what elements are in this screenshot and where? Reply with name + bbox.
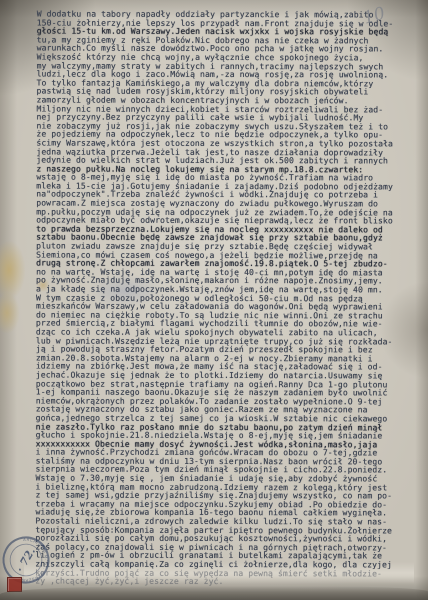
typewritten-text-block: W dodatku na tabory napadły oddziały par… [35,9,425,590]
stamp-handwritten-number: · 72. [14,545,38,574]
text-line: ży ,chcącej żyć,żyć,i jeszcze raz żyć. [35,577,423,587]
yellow-stain [0,240,26,300]
scanned-document-page: 10 W dodatku na tabory napadły oddziały … [0,0,428,600]
yellow-stain [0,292,20,334]
torn-bottom-edge [0,586,428,600]
